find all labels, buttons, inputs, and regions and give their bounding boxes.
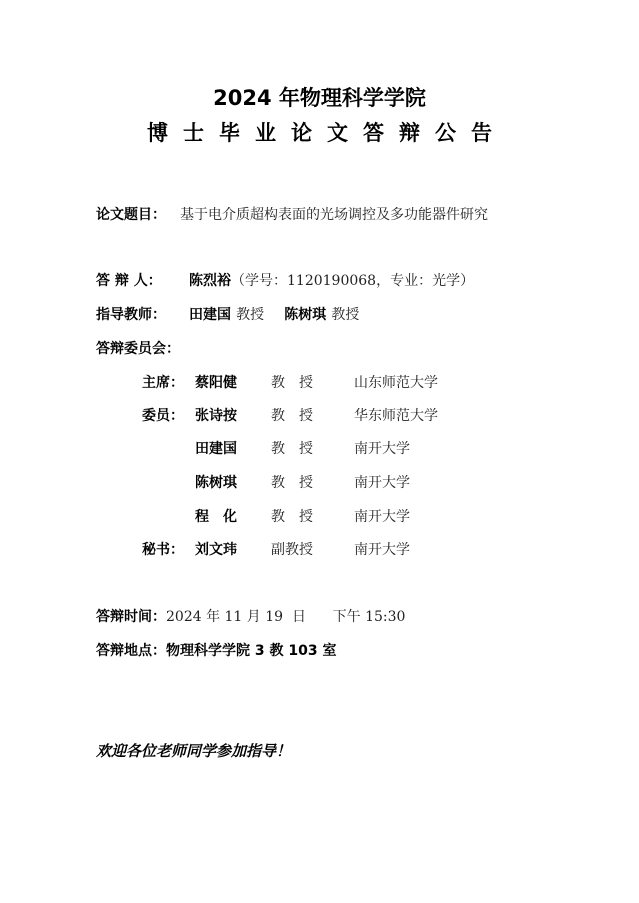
time-label: 答辩时间： — [96, 609, 166, 625]
advisor-title: 教授 — [331, 307, 359, 323]
page-title: 2024 年物理科学学院 — [0, 82, 639, 112]
member-title: 副教授 — [271, 539, 313, 559]
member-title: 教 授 — [271, 438, 313, 458]
member-org: 南开大学 — [354, 539, 410, 559]
member-role: 委员： — [142, 405, 184, 425]
defender-name: 陈烈裕 — [189, 273, 231, 289]
defense-location: 答辩地点：物理科学学院 3 教 103 室 — [96, 640, 336, 660]
defender-label: 答 辩 人： — [96, 270, 162, 290]
member-role: 秘书： — [142, 539, 184, 559]
member-name: 蔡阳健 — [195, 372, 237, 392]
advisors-list: 田建国 教授 陈树琪 教授 — [189, 304, 359, 324]
member-org: 南开大学 — [354, 472, 410, 492]
member-role: 主席： — [142, 372, 184, 392]
defense-time: 答辩时间：2024 年 11 月 19 日 下午 15:30 — [96, 606, 405, 626]
member-title: 教 授 — [271, 506, 313, 526]
location-value: 物理科学学院 3 教 103 室 — [166, 643, 336, 659]
member-name: 田建国 — [195, 438, 237, 458]
advisor-name: 田建国 — [189, 307, 231, 323]
member-name: 刘文玮 — [195, 539, 237, 559]
member-title: 教 授 — [271, 472, 313, 492]
member-name: 陈树琪 — [195, 472, 237, 492]
thesis-label: 论文题目： — [96, 204, 166, 224]
committee-row: 程 化 教 授 南开大学 — [0, 506, 639, 526]
thesis-title: 基于电介质超构表面的光场调控及多功能器件研究 — [180, 204, 488, 224]
member-title: 教 授 — [271, 405, 313, 425]
committee-label: 答辩委员会： — [96, 338, 180, 358]
member-org: 南开大学 — [354, 506, 410, 526]
page-subtitle: 博士毕业论文答辩公告 — [0, 117, 639, 147]
member-org: 山东师范大学 — [354, 372, 438, 392]
defender-info: 陈烈裕（学号：1120190068，专业：光学） — [189, 270, 474, 290]
member-org: 华东师范大学 — [354, 405, 438, 425]
member-name: 张诗按 — [195, 405, 237, 425]
member-title: 教 授 — [271, 372, 313, 392]
welcome-message: 欢迎各位老师同学参加指导！ — [96, 740, 291, 761]
committee-row: 陈树琪 教 授 南开大学 — [0, 472, 639, 492]
defender-details: （学号：1120190068，专业：光学） — [231, 273, 474, 289]
advisor-title: 教授 — [236, 307, 264, 323]
committee-row: 田建国 教 授 南开大学 — [0, 438, 639, 458]
advisors-label: 指导教师： — [96, 304, 166, 324]
advisor-name: 陈树琪 — [284, 307, 326, 323]
committee-row: 秘书： 刘文玮 副教授 南开大学 — [0, 539, 639, 559]
member-org: 南开大学 — [354, 438, 410, 458]
member-name: 程 化 — [195, 506, 237, 526]
location-label: 答辩地点： — [96, 643, 166, 659]
time-value: 2024 年 11 月 19 日 下午 15:30 — [166, 609, 405, 625]
committee-row: 委员： 张诗按 教 授 华东师范大学 — [0, 405, 639, 425]
committee-row: 主席： 蔡阳健 教 授 山东师范大学 — [0, 372, 639, 392]
